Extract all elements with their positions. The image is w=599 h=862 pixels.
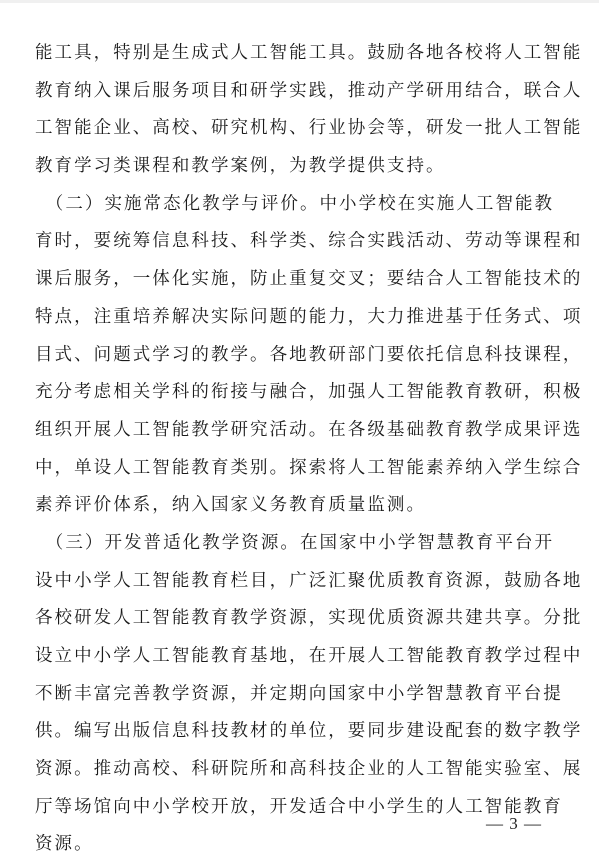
text-line: 各校研发人工智能教育教学资源，实现优质资源共建共享。分批 bbox=[35, 605, 567, 643]
document-page-body: 能工具，特别是生成式人工智能工具。鼓励各地各校将人工智能 教育纳入课后服务项目和… bbox=[35, 40, 567, 862]
text-line: 育时，要统筹信息科技、科学类、综合实践活动、劳动等课程和 bbox=[35, 228, 567, 266]
text-line: 设立中小学人工智能教育基地，在开展人工智能教育教学过程中 bbox=[35, 643, 567, 681]
text-line: 设中小学人工智能教育栏目，广泛汇聚优质教育资源，鼓励各地 bbox=[35, 568, 567, 606]
text-line: 资源。推动高校、科研院所和高科技企业的人工智能实验室、展 bbox=[35, 756, 567, 794]
section-heading-line: （三）开发普适化教学资源。在国家中小学智慧教育平台开 bbox=[35, 530, 567, 568]
text-line: 教育纳入课后服务项目和研学实践，推动产学研用结合，联合人 bbox=[35, 78, 567, 116]
section-heading-line: （二）实施常态化教学与评价。中小学校在实施人工智能教 bbox=[35, 191, 567, 229]
text-line: 特点，注重培养解决实际问题的能力，大力推进基于任务式、项 bbox=[35, 304, 567, 342]
text-line: 教育学习类课程和教学案例，为教学提供支持。 bbox=[35, 153, 567, 191]
text-line: 能工具，特别是生成式人工智能工具。鼓励各地各校将人工智能 bbox=[35, 40, 567, 78]
text-line: 资源。 bbox=[35, 831, 567, 862]
text-line: 素养评价体系，纳入国家义务教育质量监测。 bbox=[35, 492, 567, 530]
text-line: 中，单设人工智能教育类别。探索将人工智能素养纳入学生综合 bbox=[35, 455, 567, 493]
text-line: 目式、问题式学习的教学。各地教研部门要依托信息科技课程， bbox=[35, 342, 567, 380]
text-line: 工智能企业、高校、研究机构、行业协会等，研发一批人工智能 bbox=[35, 115, 567, 153]
text-line: 供。编写出版信息科技教材的单位，要同步建设配套的数字教学 bbox=[35, 718, 567, 756]
text-line: 课后服务，一体化实施，防止重复交叉；要结合人工智能技术的 bbox=[35, 266, 567, 304]
viewer-top-edge bbox=[0, 0, 599, 3]
text-line: 组织开展人工智能教学研究活动。在各级基础教育教学成果评选 bbox=[35, 417, 567, 455]
text-line: 不断丰富完善教学资源，并定期向国家中小学智慧教育平台提 bbox=[35, 681, 567, 719]
page-number: — 3 — bbox=[486, 814, 542, 834]
text-line: 充分考虑相关学科的衔接与融合，加强人工智能教育教研，积极 bbox=[35, 379, 567, 417]
